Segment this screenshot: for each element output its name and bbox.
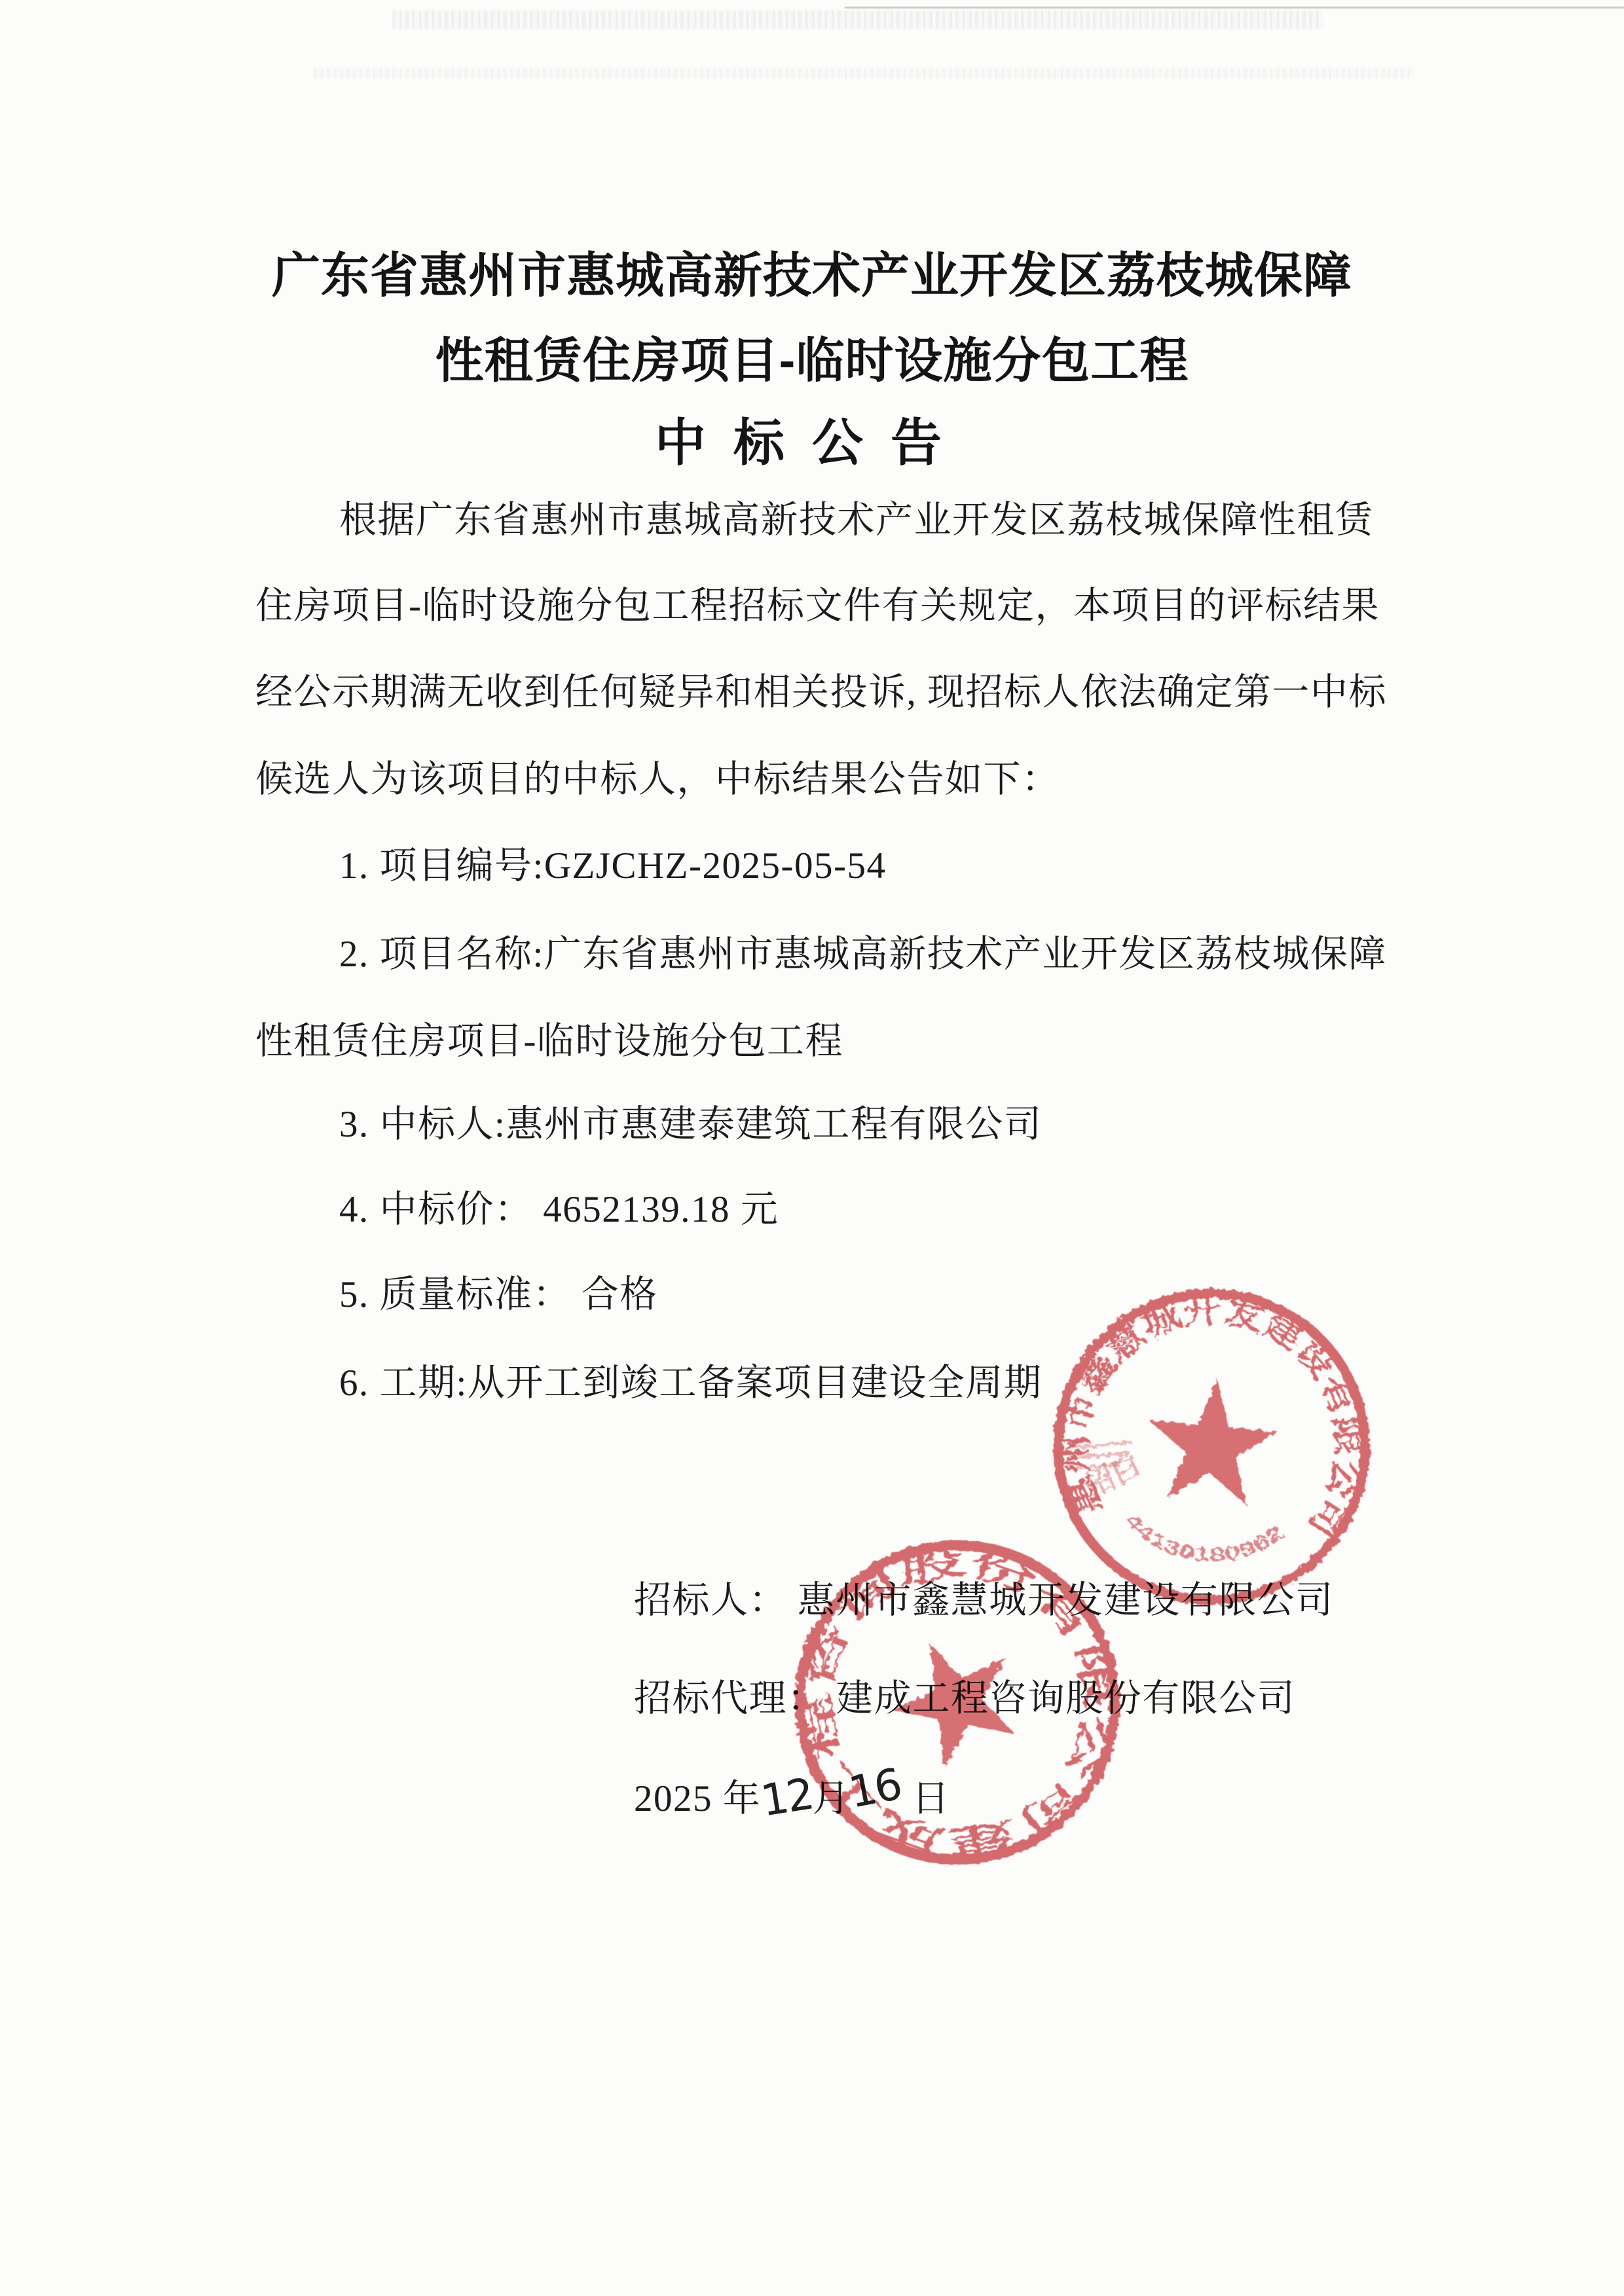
item-project-name-line-2: 性租赁住房项目-临时设施分包工程: [255, 1023, 843, 1060]
tenderer-seal-stamp: 惠州市鑫慧城开发建设有限公司 44130180962 招白: [1035, 1271, 1388, 1626]
doc-title-line-1: 广东省惠州市惠城高新技术产业开发区荔枝城保障: [0, 237, 1624, 306]
body-line-3: 经公示期满无收到任何疑异和相关投诉, 现招标人依法确定第一中标: [255, 674, 1387, 711]
body-line-1: 根据广东省惠州市惠城高新技术产业开发区荔枝城保障性租赁: [339, 501, 1374, 539]
item-winning-bidder: 3. 中标人:惠州市惠建泰建筑工程有限公司: [339, 1106, 1042, 1143]
doc-title-line-3: 中标公告: [0, 402, 1624, 475]
item-winning-price: 4. 中标价： 4652139.18 元: [339, 1191, 779, 1228]
seal-star-icon: [1142, 1374, 1282, 1508]
item-project-number: 1. 项目编号:GZJCHZ-2025-05-54: [339, 847, 886, 884]
doc-title-line-2: 性租赁住房项目-临时设施分包工程: [0, 322, 1624, 392]
body-line-2: 住房项目-临时设施分包工程招标文件有关规定，本项目的评标结果: [255, 587, 1380, 625]
item-quality-standard: 5. 质量标准： 合格: [339, 1276, 658, 1313]
item-construction-period: 6. 工期:从开工到竣工备案项目建设全周期: [339, 1364, 1042, 1402]
scan-noise-second: [314, 68, 1414, 79]
scan-edge-line: [845, 7, 1624, 9]
svg-text:44130180962: 44130180962: [1117, 1508, 1289, 1573]
body-line-4: 候选人为该项目的中标人，中标结果公告如下：: [255, 761, 1060, 798]
seal-registration-number: 44130180962: [1117, 1508, 1289, 1573]
document-page: 广东省惠州市惠城高新技术产业开发区荔枝城保障 性租赁住房项目-临时设施分包工程 …: [0, 0, 1624, 2296]
seal-star-icon: [873, 1616, 1036, 1776]
date-month-handwritten: 12: [758, 1772, 815, 1823]
date-year: 2025 年: [634, 1778, 761, 1819]
item-project-name-line-1: 2. 项目名称:广东省惠州市惠城高新技术产业开发区荔枝城保障: [339, 936, 1387, 973]
scan-noise-top: [393, 10, 1323, 29]
